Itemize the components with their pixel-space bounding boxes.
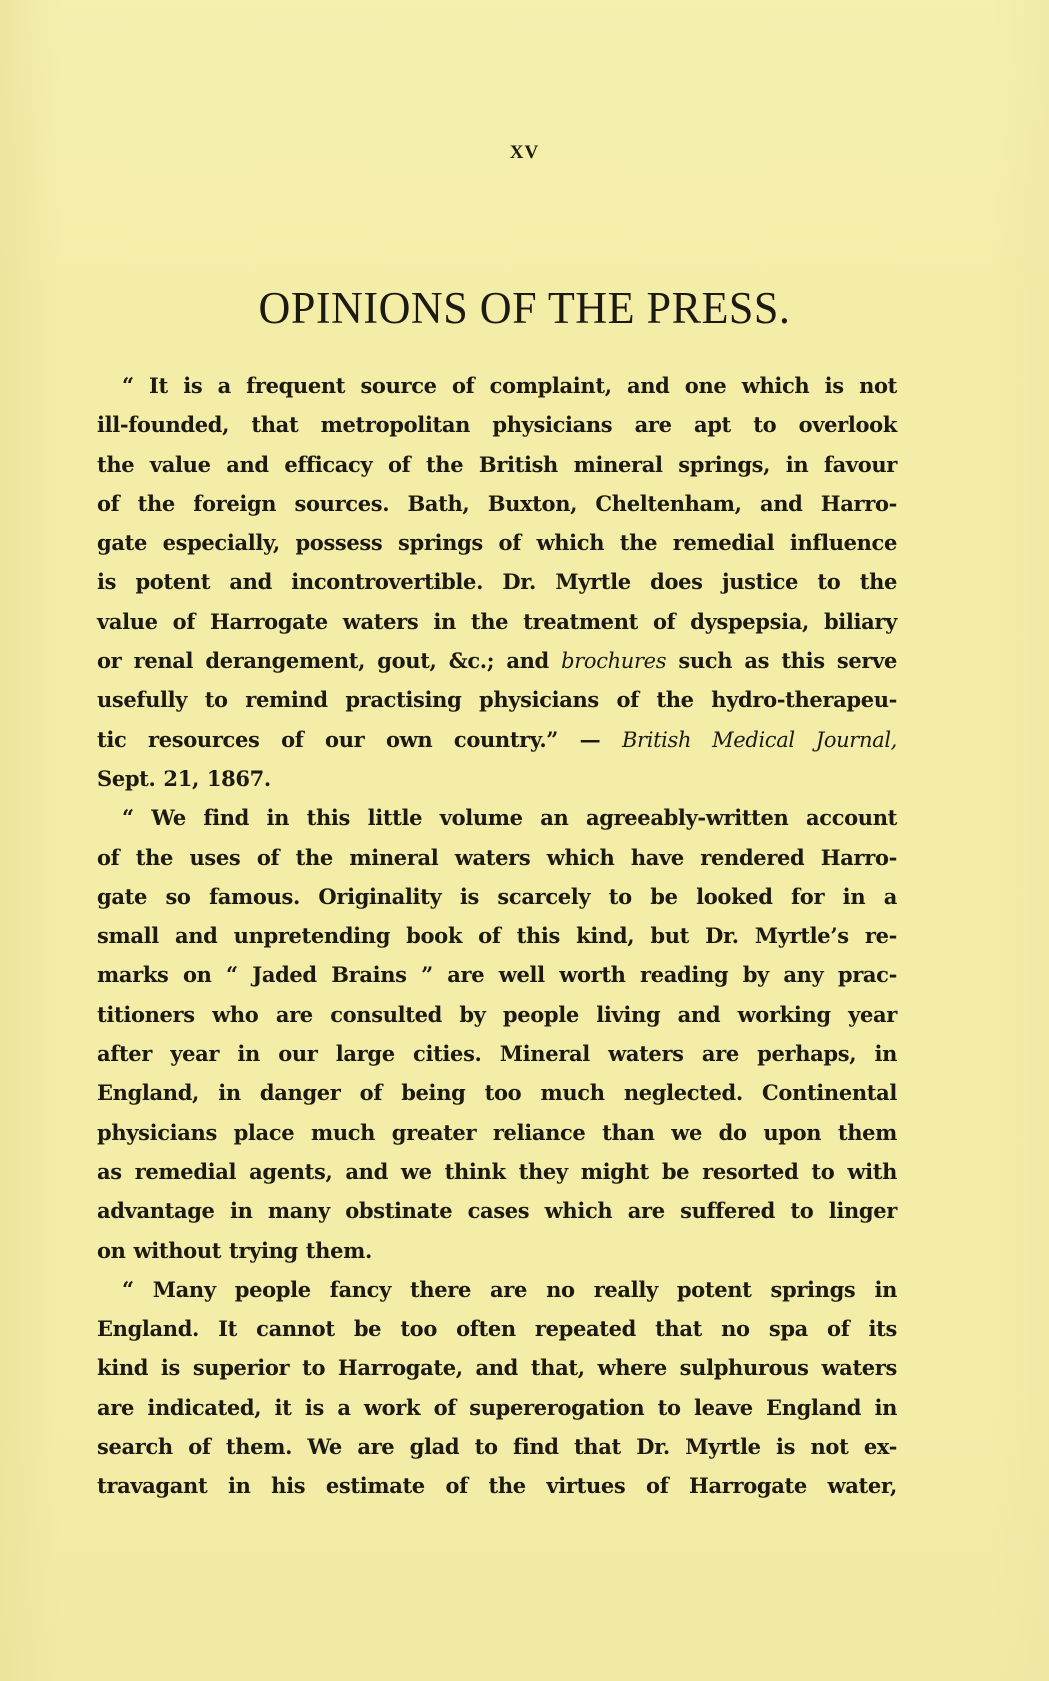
press-opinions-body: “ It is a frequent source of complaint, … — [97, 366, 897, 1506]
text-line: ill-founded, that metropolitan physician… — [97, 405, 897, 444]
book-page: XV OPINIONS OF THE PRESS. “ It is a freq… — [0, 0, 1049, 1681]
text-line: “ It is a frequent source of complaint, … — [97, 366, 897, 405]
text-line: after year in our large cities. Mineral … — [97, 1034, 897, 1073]
text-line: England, in danger of being too much neg… — [97, 1073, 897, 1112]
text-line: marks on “ Jaded Brains ” are well worth… — [97, 955, 897, 994]
review-date: Sept. 21, 1867. — [97, 759, 897, 798]
text-line: “ Many people fancy there are no really … — [97, 1270, 897, 1309]
text-line: or renal derangement, gout, &c.; and bro… — [97, 641, 897, 680]
text-line: are indicated, it is a work of supererog… — [97, 1388, 897, 1427]
text-line: as remedial agents, and we think they mi… — [97, 1152, 897, 1191]
text-line: tic resources of our own country.” — Bri… — [97, 720, 897, 759]
text-line: travagant in his estimate of the virtues… — [97, 1466, 897, 1505]
text-line: usefully to remind practising physicians… — [97, 680, 897, 719]
italic-word: brochures — [561, 649, 666, 673]
text-line: “ We find in this little volume an agree… — [97, 798, 897, 837]
text-run: such as this serve — [666, 648, 897, 673]
text-line: value of Harrogate waters in the treatme… — [97, 602, 897, 641]
review-source: British Medical Journal, — [622, 728, 897, 752]
text-line: advantage in many obstinate cases which … — [97, 1191, 897, 1230]
text-line: the value and efficacy of the British mi… — [97, 445, 897, 484]
review-paragraph: “ We find in this little volume an agree… — [97, 798, 897, 1270]
page-number: XV — [0, 141, 1049, 165]
text-line: small and unpretending book of this kind… — [97, 916, 897, 955]
text-line: kind is superior to Harrogate, and that,… — [97, 1348, 897, 1387]
text-line: search of them. We are glad to find that… — [97, 1427, 897, 1466]
text-run: tic resources of our own country.” — — [97, 727, 600, 752]
text-line: titioners who are consulted by people li… — [97, 995, 897, 1034]
text-line: of the uses of the mineral waters which … — [97, 838, 897, 877]
text-run: or renal derangement, gout, &c.; and — [97, 648, 561, 673]
text-line: gate especially, possess springs of whic… — [97, 523, 897, 562]
review-paragraph: “ Many people fancy there are no really … — [97, 1270, 897, 1506]
text-line: physicians place much greater reliance t… — [97, 1113, 897, 1152]
text-line: is potent and incontrovertible. Dr. Myrt… — [97, 562, 897, 601]
page-title: OPINIONS OF THE PRESS. — [10, 282, 1038, 334]
text-line: England. It cannot be too often repeated… — [97, 1309, 897, 1348]
review-british-medical-journal: “ It is a frequent source of complaint, … — [97, 366, 897, 798]
text-line: gate so famous. Originality is scarcely … — [97, 877, 897, 916]
text-line: of the foreign sources. Bath, Buxton, Ch… — [97, 484, 897, 523]
text-line: on without trying them. — [97, 1231, 897, 1270]
